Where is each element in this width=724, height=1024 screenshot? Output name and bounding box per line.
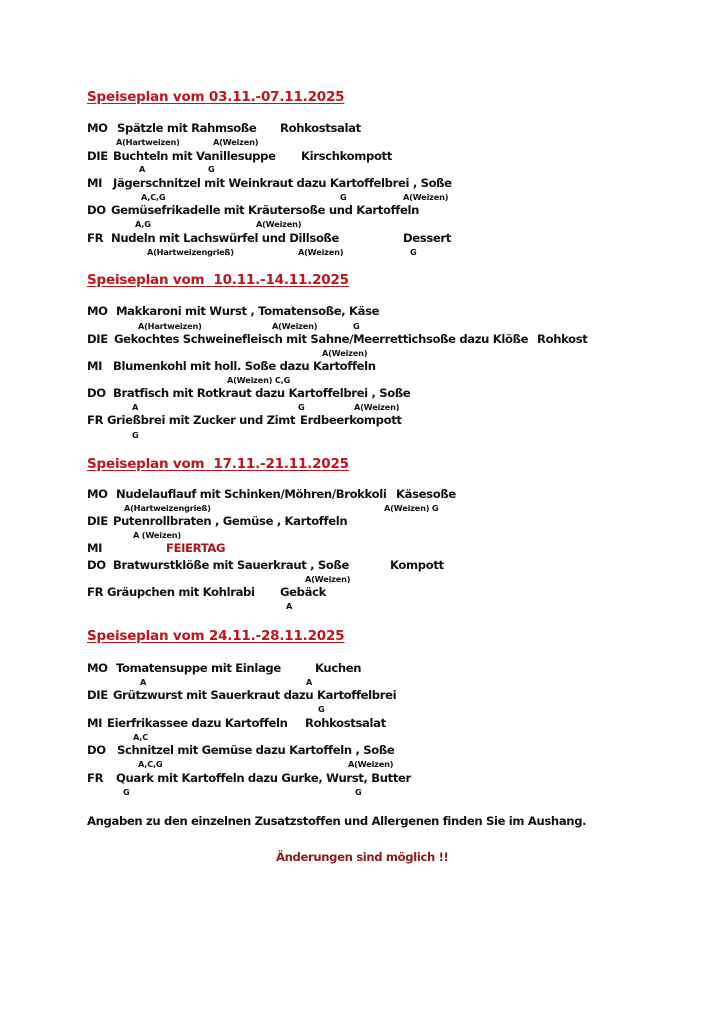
day-label: DIE bbox=[87, 690, 108, 702]
dish: Gräupchen mit Kohlrabi bbox=[107, 587, 255, 599]
dish: Schnitzel mit Gemüse dazu Kartoffeln , S… bbox=[117, 745, 394, 757]
allergen: A(Weizen) bbox=[213, 138, 258, 146]
allergen: A(Weizen) bbox=[305, 575, 350, 583]
dish: Jägerschnitzel mit Weinkraut dazu Kartof… bbox=[113, 178, 452, 190]
allergen: A bbox=[306, 678, 312, 686]
week-title: Speiseplan vom 17.11.-21.11.2025 bbox=[87, 456, 349, 472]
day-label: FR bbox=[87, 415, 103, 427]
dish: Putenrollbraten , Gemüse , Kartoffeln bbox=[113, 516, 347, 528]
day-label: FR bbox=[87, 233, 103, 245]
allergen: G bbox=[123, 788, 130, 796]
day-label: MO bbox=[87, 306, 108, 318]
day-label: DO bbox=[87, 560, 106, 572]
allergen: G bbox=[340, 193, 347, 201]
dish: Nudeln mit Lachswürfel und Dillsoße bbox=[111, 233, 339, 245]
allergen: A(Weizen) bbox=[348, 760, 393, 768]
dish: Makkaroni mit Wurst , Tomatensoße, Käse bbox=[116, 306, 379, 318]
allergen: G bbox=[132, 431, 139, 439]
dish: Nudelauflauf mit Schinken/Möhren/Brokkol… bbox=[116, 489, 386, 501]
day-label: MO bbox=[87, 489, 108, 501]
dish: Grützwurst mit Sauerkraut dazu Kartoffel… bbox=[113, 690, 396, 702]
day-label: DIE bbox=[87, 151, 108, 163]
allergen: A(Weizen) bbox=[256, 220, 301, 228]
menu-page: Speiseplan vom 03.11.-07.11.2025 MO Spät… bbox=[0, 0, 724, 1024]
allergen: A,G bbox=[135, 220, 151, 228]
allergen: A bbox=[139, 165, 145, 173]
allergen: A(Hartweizengrieß) bbox=[147, 248, 234, 256]
side-dish: Kuchen bbox=[315, 663, 361, 675]
allergen: A,C,G bbox=[138, 760, 162, 768]
day-label: DIE bbox=[87, 516, 108, 528]
allergen: A bbox=[286, 602, 292, 610]
allergen: G bbox=[318, 705, 325, 713]
week-title: Speiseplan vom 10.11.-14.11.2025 bbox=[87, 272, 349, 288]
allergen: A(Weizen) bbox=[354, 403, 399, 411]
dish: Spätzle mit Rahmsoße bbox=[117, 123, 256, 135]
allergen: A(Weizen) C,G bbox=[227, 376, 290, 384]
day-label: DIE bbox=[87, 334, 108, 346]
side-dish: Gebäck bbox=[280, 587, 326, 599]
dish: Tomatensuppe mit Einlage bbox=[116, 663, 281, 675]
dish: Gemüsefrikadelle mit Kräutersoße und Kar… bbox=[111, 205, 419, 217]
side-dish: Erdbeerkompott bbox=[300, 415, 402, 427]
week-title: Speiseplan vom 24.11.-28.11.2025 bbox=[87, 628, 344, 644]
dish: Buchteln mit Vanillesuppe bbox=[113, 151, 276, 163]
side-dish: Kirschkompott bbox=[301, 151, 392, 163]
dish: Bratfisch mit Rotkraut dazu Kartoffelbre… bbox=[113, 388, 410, 400]
day-label: MI bbox=[87, 718, 102, 730]
allergen: A,C,G bbox=[141, 193, 165, 201]
allergen: A (Weizen) bbox=[133, 531, 181, 539]
dish: Eierfrikassee dazu Kartoffeln bbox=[107, 718, 288, 730]
side-dish: Kompott bbox=[390, 560, 444, 572]
day-label: MO bbox=[87, 663, 108, 675]
allergen: G bbox=[208, 165, 215, 173]
side-dish: Käsesoße bbox=[396, 489, 456, 501]
day-label: DO bbox=[87, 388, 106, 400]
day-label: MI bbox=[87, 178, 102, 190]
day-label: FR bbox=[87, 587, 103, 599]
week-title: Speiseplan vom 03.11.-07.11.2025 bbox=[87, 89, 344, 105]
day-label: DO bbox=[87, 205, 106, 217]
side-dish: Rohkost bbox=[537, 334, 588, 346]
day-label: MO bbox=[87, 123, 108, 135]
side-dish: Rohkostsalat bbox=[305, 718, 386, 730]
dish: Grießbrei mit Zucker und Zimt bbox=[107, 415, 295, 427]
allergen: G bbox=[298, 403, 305, 411]
allergen: G bbox=[355, 788, 362, 796]
holiday-label: FEIERTAG bbox=[166, 543, 225, 555]
changes-note: Änderungen sind möglich !! bbox=[276, 852, 448, 864]
allergen: A bbox=[132, 403, 138, 411]
side-dish: Rohkostsalat bbox=[280, 123, 361, 135]
allergen: A(Weizen) bbox=[298, 248, 343, 256]
allergen-note: Angaben zu den einzelnen Zusatzstoffen u… bbox=[87, 816, 586, 828]
dish: Blumenkohl mit holl. Soße dazu Kartoffel… bbox=[113, 361, 376, 373]
allergen: A(Hartweizengrieß) bbox=[124, 504, 211, 512]
allergen: A(Weizen) bbox=[272, 322, 317, 330]
dish: Gekochtes Schweinefleisch mit Sahne/Meer… bbox=[114, 334, 528, 346]
allergen: G bbox=[410, 248, 417, 256]
allergen: A(Weizen) bbox=[403, 193, 448, 201]
dish: Bratwurstklöße mit Sauerkraut , Soße bbox=[113, 560, 349, 572]
allergen: A(Weizen) bbox=[322, 349, 367, 357]
allergen: A bbox=[140, 678, 146, 686]
allergen: A(Hartweizen) bbox=[138, 322, 202, 330]
dish: Quark mit Kartoffeln dazu Gurke, Wurst, … bbox=[116, 773, 411, 785]
day-label: MI bbox=[87, 361, 102, 373]
side-dish: Dessert bbox=[403, 233, 451, 245]
day-label: DO bbox=[87, 745, 106, 757]
allergen: A,C bbox=[133, 733, 148, 741]
allergen: A(Hartweizen) bbox=[116, 138, 180, 146]
allergen: G bbox=[353, 322, 360, 330]
allergen: A(Weizen) G bbox=[384, 504, 438, 512]
day-label: FR bbox=[87, 773, 103, 785]
day-label: MI bbox=[87, 543, 102, 555]
